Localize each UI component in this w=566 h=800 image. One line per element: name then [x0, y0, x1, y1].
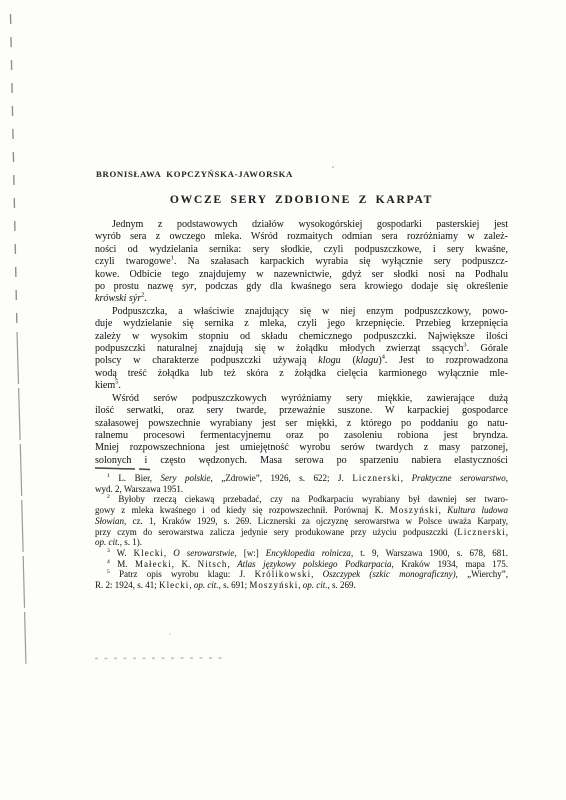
text-segment: Encyklopedia rolnicza	[266, 548, 351, 558]
text-segment: ,	[506, 527, 508, 537]
text-line: podpuszczki naturalnej znajdują się w żo…	[95, 343, 508, 355]
text-segment: ,	[401, 473, 412, 483]
text-segment: , podczas gdy dla kwaśnego sera krowiego…	[194, 281, 508, 292]
text-segment: Nitsch	[198, 559, 228, 569]
text-segment: podpuszczki naturalnej znajdują się w żo…	[95, 343, 463, 354]
text-segment: Patrz opis wyrobu klagu: J.	[110, 569, 255, 579]
text-line: Mniej rozpowszechniona jest umiejętność …	[95, 442, 508, 454]
text-segment: kiem	[95, 380, 115, 391]
text-segment: syr	[182, 281, 194, 292]
text-segment: . Górale	[467, 343, 509, 354]
text-line: 5 Patrz opis wyrobu klagu: J. Królikowsk…	[95, 569, 508, 580]
text-segment: Jednym z podstawowych działów wysokogórs…	[112, 219, 508, 230]
footnotes: 1 L. Bier, Sery polskie, „Zdrowie”, 1926…	[95, 473, 508, 591]
text-segment: , K.	[172, 559, 198, 569]
text-line: 3 W. Klecki, O serowarstwie, [w:] Encykl…	[95, 548, 508, 559]
text-segment: , s. 691;	[219, 580, 250, 590]
text-segment: , „Zdrowie”, 1926, s. 622; J.	[210, 473, 352, 483]
text-segment: , s. 269.	[328, 580, 356, 590]
text-segment: po prostu nazwę	[95, 281, 182, 292]
text-line: ności od wydzielania sernika: sery słodk…	[95, 244, 508, 256]
text-segment: (	[341, 355, 356, 366]
text-segment: przy czym do serowarstwa zalicza jedynie…	[95, 527, 457, 537]
text-line: Podpuszczka, a właściwie znajdujący się …	[95, 306, 508, 318]
text-segment: , t. 9, Warszawa 1900, s. 678, 681.	[351, 548, 508, 558]
text-segment: , s. 1).	[120, 537, 142, 547]
text-segment: wyrób sera z owczego mleka. Wśród rozmai…	[95, 231, 508, 242]
author-name: BRONISŁAWA KOPCZYŃSKA-JAWORSKA	[96, 169, 293, 179]
text-segment: duje wydzielanie się sernika z mleka, cz…	[95, 318, 508, 329]
text-segment: Małecki	[135, 559, 172, 569]
text-segment: solonych i często wędzonych. Masa serowa…	[95, 455, 508, 466]
text-segment: , Kraków 1934, mapa 175.	[392, 559, 509, 569]
pencil-dashed-line	[95, 658, 227, 659]
text-segment: zależy w wysokim stopniu od składu chemi…	[95, 331, 508, 342]
text-segment: Licznerski	[457, 527, 505, 537]
text-line: 1 L. Bier, Sery polskie, „Zdrowie”, 1926…	[95, 473, 508, 484]
text-segment: ,	[227, 559, 237, 569]
scanned-book-page: BRONISŁAWA KOPCZYŃSKA-JAWORSKA OWCZE SER…	[0, 0, 566, 800]
text-line: Jednym z podstawowych działów wysokogórs…	[95, 219, 508, 231]
text-segment: Sery polskie	[160, 473, 210, 483]
text-segment: ilość serwatki, oraz sery twarde, przewa…	[95, 405, 508, 416]
text-segment: L. Bier,	[110, 473, 161, 483]
text-segment: O serowarstwie	[173, 548, 234, 558]
text-segment: ,	[506, 473, 508, 483]
text-segment: Moszyński	[390, 505, 439, 515]
text-segment: Podpuszczka, a właściwie znajdujący się …	[112, 306, 508, 317]
text-line: Wśród serów podpuszczkowych wyróżniamy s…	[95, 393, 508, 405]
text-segment: Praktyczne serowarstwo	[412, 473, 506, 483]
text-segment: op. cit.	[303, 580, 328, 590]
text-line: przy czym do serowarstwa zalicza jedynie…	[95, 527, 508, 538]
text-segment: ności od wydzielania sernika: sery słodk…	[95, 244, 508, 255]
text-segment: , „Wierchy”,	[456, 569, 508, 579]
text-segment: , [w:]	[234, 548, 265, 558]
text-segment: Moszyński	[249, 580, 298, 590]
text-segment: Klecki	[134, 548, 164, 558]
text-segment: czyli twarogowe	[95, 256, 171, 267]
text-line: kiem5.	[95, 380, 508, 392]
text-segment: wyd. 2, Warszawa 1951.	[95, 484, 183, 494]
text-segment: , cz. 1, Kraków 1929, s. 269. Licznerski…	[124, 516, 508, 526]
text-line: polscy w charakterze podpuszczki używają…	[95, 355, 508, 367]
text-segment: . Jest to rozprowadzona	[385, 355, 508, 366]
text-segment: gowy z mleka kwaśnego i od kiedy się roz…	[95, 505, 390, 515]
text-segment: R. 2: 1924, s. 41;	[95, 580, 159, 590]
text-segment: W.	[110, 548, 134, 558]
text-line: szałasowej powszechnie wyrabiany jest se…	[95, 418, 508, 430]
text-line: ilość serwatki, oraz sery twarde, przewa…	[95, 405, 508, 417]
body-text: Jednym z podstawowych działów wysokogórs…	[95, 219, 508, 467]
scan-edge-dashed-line	[11, 14, 18, 332]
text-line: 4 M. Małecki, K. Nitsch, Atlas językowy …	[95, 559, 508, 570]
text-segment: .	[118, 380, 121, 391]
text-segment: . Na szałasach karpackich wyrabia się wy…	[174, 256, 508, 267]
text-segment: klogu	[318, 355, 340, 366]
text-segment: ,	[164, 548, 173, 558]
text-line: po prostu nazwę syr, podczas gdy dla kwa…	[95, 281, 508, 293]
text-line: krówski sýr2.	[95, 293, 508, 305]
text-segment: Słowian	[95, 516, 124, 526]
text-segment: .	[144, 293, 147, 304]
text-segment: Oszczypek (szkic monograficzny)	[323, 569, 456, 579]
text-line: gowy z mleka kwaśnego i od kiedy się roz…	[95, 505, 508, 516]
text-line: wyd. 2, Warszawa 1951.	[95, 484, 508, 495]
text-line: 2 Byłoby rzeczą ciekawą przebadać, czy n…	[95, 494, 508, 505]
text-segment: ralnemu procesowi fermentacyjnemu oraz p…	[95, 430, 508, 441]
text-segment: Kultura ludowa	[447, 505, 508, 515]
text-segment: szałasowej powszechnie wyrabiany jest se…	[95, 418, 508, 429]
footnote-separator-line	[95, 468, 150, 470]
text-line: ralnemu procesowi fermentacyjnemu oraz p…	[95, 430, 508, 442]
text-line: wyrób sera z owczego mleka. Wśród rozmai…	[95, 231, 508, 243]
text-line: zależy w wysokim stopniu od składu chemi…	[95, 331, 508, 343]
text-line: duje wydzielanie się sernika z mleka, cz…	[95, 318, 508, 330]
text-segment: krówski sýr	[95, 293, 141, 304]
text-line: kowe. Odbicie tego znajdujemy w nazewnic…	[95, 269, 508, 281]
text-segment: Byłoby rzeczą ciekawą przebadać, czy na …	[110, 494, 508, 504]
text-segment: Licznerski	[352, 473, 400, 483]
text-segment: Atlas językowy polskiego Podkarpacia	[237, 559, 391, 569]
text-segment: M.	[110, 559, 135, 569]
text-line: op. cit., s. 1).	[95, 537, 508, 548]
text-segment: op. cit.	[194, 580, 219, 590]
text-line: solonych i często wędzonych. Masa serowa…	[95, 455, 508, 467]
text-segment: Klecki	[159, 580, 189, 590]
text-segment: polscy w charakterze podpuszczki używają	[95, 355, 318, 366]
text-segment: Mniej rozpowszechniona jest umiejętność …	[95, 442, 508, 453]
text-line: R. 2: 1924, s. 41; Klecki, op. cit., s. …	[95, 580, 508, 591]
scan-edge-line	[17, 332, 26, 667]
text-line: wodą treść żołądka lub też skóra z żołąd…	[95, 368, 508, 380]
text-segment: kowe. Odbicie tego znajdujemy w nazewnic…	[95, 269, 508, 280]
text-segment: klagu	[356, 355, 378, 366]
text-segment: ,	[439, 505, 448, 515]
text-segment: ,	[311, 569, 323, 579]
text-segment: op. cit.	[95, 537, 120, 547]
scan-speck	[332, 166, 334, 168]
text-line: czyli twarogowe1. Na szałasach karpackic…	[95, 256, 508, 268]
text-segment: wodą treść żołądka lub też skóra z żołąd…	[95, 368, 508, 379]
scan-speck	[169, 633, 171, 635]
text-segment: Wśród serów podpuszczkowych wyróżniamy s…	[112, 393, 508, 404]
text-line: Słowian, cz. 1, Kraków 1929, s. 269. Lic…	[95, 516, 508, 527]
text-segment: Królikowski	[255, 569, 312, 579]
page-title: OWCZE SERY ZDOBIONE Z KARPAT	[95, 193, 508, 206]
